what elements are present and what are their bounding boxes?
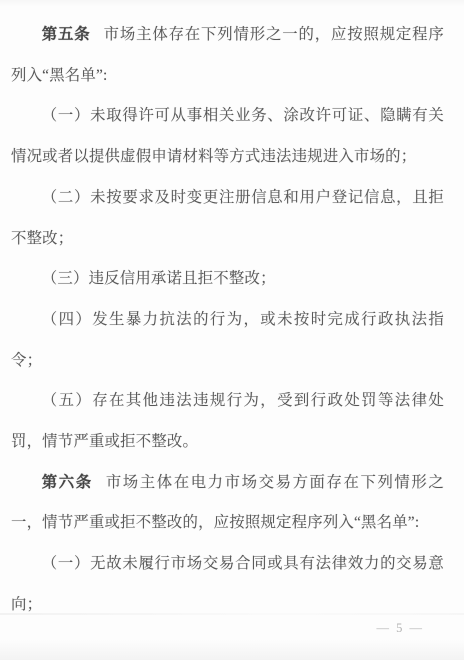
document-body: 第五条市场主体存在下列情形之一的，应按照规定程序列入“黑名单”: （一）未取得许… bbox=[11, 15, 444, 626]
item-paragraph: （一）无故未履行市场交易合同或具有法律效力的交易意向； bbox=[11, 544, 444, 625]
item-paragraph: （三）违反信用承诺且拒不整改； bbox=[11, 259, 444, 300]
paragraph-text: （三）违反信用承诺且拒不整改； bbox=[42, 270, 276, 287]
item-paragraph: （五）存在其他违法违规行为，受到行政处罚等法律处罚，情节严重或拒不整改。 bbox=[11, 381, 444, 462]
paragraph-text: （一）未取得许可从事相关业务、涂改许可证、隐瞒有关情况或者以提供虚假申请材料等方… bbox=[11, 107, 444, 165]
article-paragraph: 第六条市场主体在电力市场交易方面存在下列情形之一，情节严重或拒不整改的，应按照规… bbox=[11, 463, 444, 544]
paragraph-text: （二）未按要求及时变更注册信息和用户登记信息，且拒不整改； bbox=[11, 189, 444, 247]
paragraph-text: （四）发生暴力抗法的行为，或未按时完成行政执法指令； bbox=[11, 311, 444, 369]
item-paragraph: （四）发生暴力抗法的行为，或未按时完成行政执法指令； bbox=[11, 300, 444, 381]
item-paragraph: （二）未按要求及时变更注册信息和用户登记信息，且拒不整改； bbox=[11, 178, 444, 259]
article-label: 第六条 bbox=[42, 474, 93, 491]
paragraph-text: （五）存在其他违法违规行为，受到行政处罚等法律处罚，情节严重或拒不整改。 bbox=[11, 392, 444, 450]
paragraph-text: （一）无故未履行市场交易合同或具有法律效力的交易意向； bbox=[11, 555, 444, 613]
page-number: — 5 — bbox=[377, 621, 425, 636]
article-paragraph: 第五条市场主体存在下列情形之一的，应按照规定程序列入“黑名单”: bbox=[11, 15, 444, 96]
article-label: 第五条 bbox=[42, 26, 91, 43]
document-page: 第五条市场主体存在下列情形之一的，应按照规定程序列入“黑名单”: （一）未取得许… bbox=[0, 0, 464, 660]
item-paragraph: （一）未取得许可从事相关业务、涂改许可证、隐瞒有关情况或者以提供虚假申请材料等方… bbox=[11, 96, 444, 177]
